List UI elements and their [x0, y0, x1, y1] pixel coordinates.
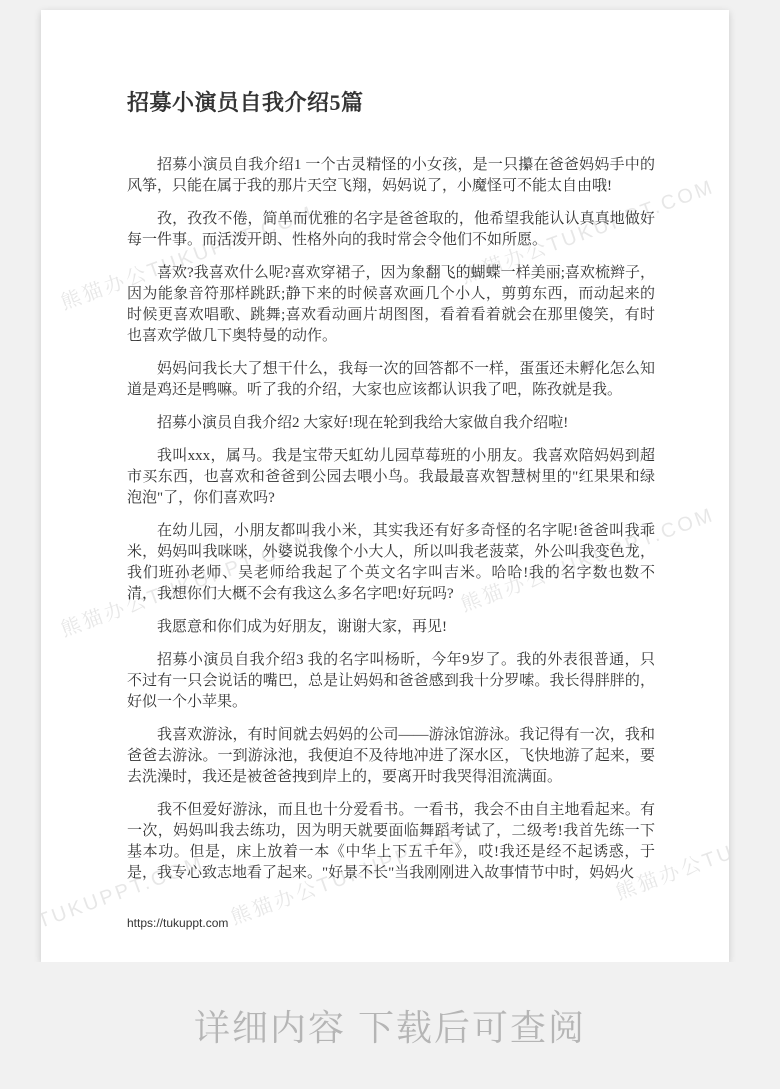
- document-paragraph: 我愿意和你们成为好朋友，谢谢大家，再见!: [127, 617, 655, 638]
- download-hint-bar: 详细内容 下载后可查阅: [0, 962, 780, 1089]
- document-content: 招募小演员自我介绍5篇 招募小演员自我介绍1 一个古灵精怪的小女孩，是一只攥在爸…: [41, 10, 729, 884]
- document-paragraph: 招募小演员自我介绍1 一个古灵精怪的小女孩，是一只攥在爸爸妈妈手中的风筝，只能在…: [127, 155, 655, 197]
- document-paragraph: 在幼儿园，小朋友都叫我小米，其实我还有好多奇怪的名字呢!爸爸叫我乖米，妈妈叫我咪…: [127, 521, 655, 605]
- document-body: 招募小演员自我介绍1 一个古灵精怪的小女孩，是一只攥在爸爸妈妈手中的风筝，只能在…: [127, 155, 655, 884]
- document-paragraph: 我喜欢游泳，有时间就去妈妈的公司——游泳馆游泳。我记得有一次，我和爸爸去游泳。一…: [127, 725, 655, 788]
- document-page: 熊猫办公TUKUPPT.COM 熊猫办公TUKUPPT.COM 熊猫办公TUKU…: [41, 10, 729, 962]
- document-title: 招募小演员自我介绍5篇: [127, 88, 655, 118]
- document-paragraph: 孜，孜孜不倦，简单而优雅的名字是爸爸取的，他希望我能认认真真地做好每一件事。而活…: [127, 209, 655, 251]
- document-paragraph: 妈妈问我长大了想干什么，我每一次的回答都不一样，蛋蛋还未孵化怎么知道是鸡还是鸭嘛…: [127, 359, 655, 401]
- document-paragraph: 招募小演员自我介绍2 大家好!现在轮到我给大家做自我介绍啦!: [127, 413, 655, 434]
- document-paragraph: 喜欢?我喜欢什么呢?喜欢穿裙子，因为象翻飞的蝴蝶一样美丽;喜欢梳辫子，因为能象音…: [127, 263, 655, 347]
- document-paragraph: 招募小演员自我介绍3 我的名字叫杨昕，今年9岁了。我的外表很普通，只不过有一只会…: [127, 650, 655, 713]
- preview-canvas: 熊猫办公TUKUPPT.COM 熊猫办公TUKUPPT.COM 熊猫办公TUKU…: [0, 0, 780, 1089]
- document-paragraph: 我不但爱好游泳，而且也十分爱看书。一看书，我会不由自主地看起来。有一次，妈妈叫我…: [127, 800, 655, 884]
- document-paragraph: 我叫xxx，属马。我是宝带天虹幼儿园草莓班的小朋友。我喜欢陪妈妈到超市买东西，也…: [127, 446, 655, 509]
- page-url: https://tukuppt.com: [127, 916, 228, 930]
- download-hint-text: 详细内容 下载后可查阅: [194, 1000, 586, 1051]
